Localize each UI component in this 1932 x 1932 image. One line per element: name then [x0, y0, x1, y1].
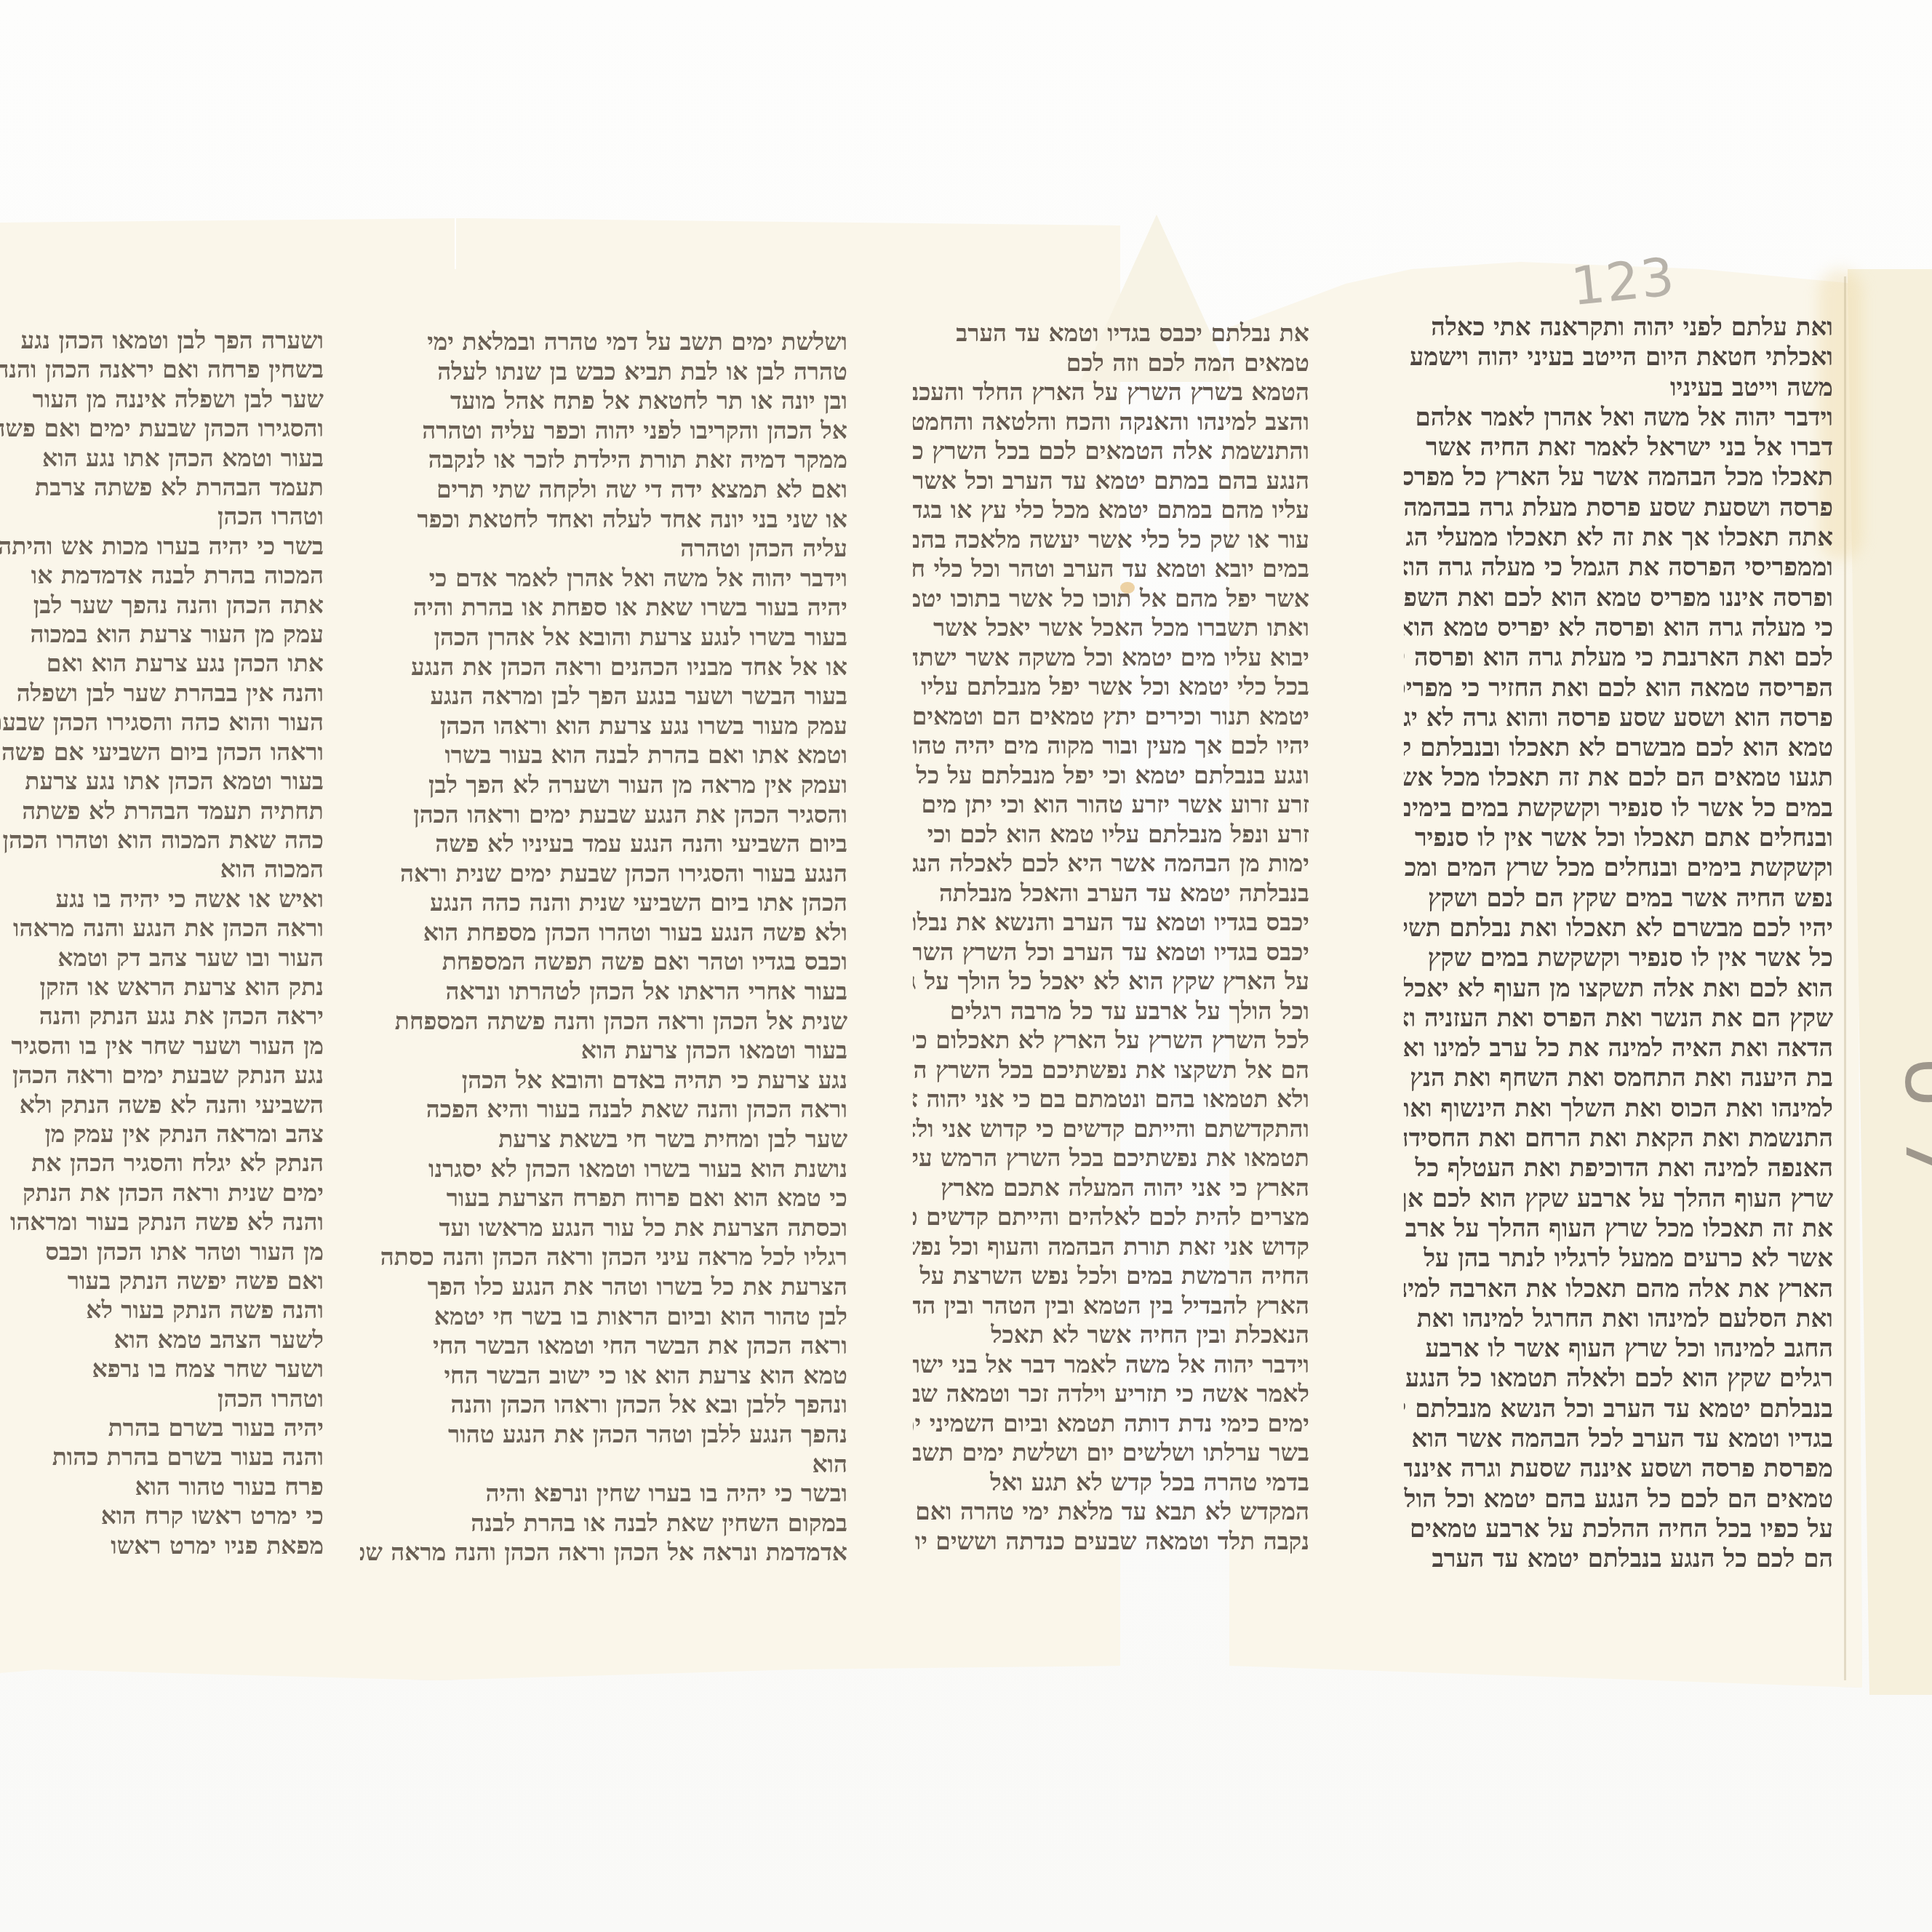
scroll-column-3: את נבלתם יכבס בגדיו וטמא עד הערבטמאים המ… [913, 319, 1309, 1556]
scroll-text-line: עור או שק כל כלי אשר יעשה מלאכה בהם [913, 525, 1309, 555]
scroll-text-line: בעור וטמא הכהן אתו נגע הוא [0, 444, 324, 473]
vertical-crease [1844, 276, 1846, 1680]
scroll-text-line: לאמר אשה כי תזריע וילדה זכר וטמאה שבעת [913, 1379, 1309, 1409]
scroll-text-line: ואת עלתם לפני יהוה ותקראנה אתי כאלה [1404, 313, 1833, 343]
scroll-text-line: זרע ונפל מנבלתם עליו טמא הוא לכם וכי [913, 820, 1309, 850]
scroll-text-line: הכהן אתו ביום השביעי שנית והנה כהה הנגע [360, 888, 847, 918]
scroll-text-line: הנגע בעור והסגירו הכהן שבעת ימים שנית ור… [360, 859, 847, 889]
scroll-text-line: בנבלתם יטמא עד הערב וכל הנשא מנבלתם יכבס [1404, 1394, 1833, 1424]
scroll-text-line: ושער שחר צמח בו נרפא [0, 1354, 324, 1384]
scroll-text-line: מפאת פניו ימרט ראשו [0, 1531, 324, 1560]
scroll-text-line: החגב למינהו וכל שרץ העוף אשר לו ארבע [1404, 1334, 1833, 1364]
scroll-text-line: הארץ את אלה מהם תאכלו את הארבה למינו [1404, 1274, 1833, 1304]
pencil-folio-number: 123 [1568, 246, 1678, 318]
scroll-text-line: בדמי טהרה בכל קדש לא תגע ואל [913, 1468, 1309, 1498]
scroll-text-line: יהיה בעור בשרם בהרת [0, 1413, 324, 1442]
scroll-text-line: וידבר יהוה אל משה לאמר דבר אל בני ישראל [913, 1350, 1309, 1380]
scroll-text-line: נגע הנתק שבעת ימים וראה הכהן [0, 1061, 324, 1090]
scroll-column-4: ואת עלתם לפני יהוה ותקראנה אתי כאלהואכלת… [1404, 313, 1833, 1574]
scroll-text-line: שנית אל הכהן וראה הכהן והנה פשתה המספחת [360, 1007, 847, 1037]
scroll-text-line: התנשמת ואת הקאת ואת הרחם ואת החסידה [1404, 1124, 1833, 1154]
scroll-text-line: וכסתה הצרעת את כל עור הנגע מראשו ועד [360, 1213, 847, 1243]
scroll-text-line: המקדש לא תבא עד מלאת ימי טהרה ואם [913, 1497, 1309, 1527]
scroll-text-line: ואיש או אשה כי יהיה בו נגע [0, 885, 324, 914]
scroll-text-line: כי ימרט ראשו קרח הוא [0, 1501, 324, 1530]
scroll-text-line: תעמד הבהרת לא פשתה צרבת [0, 473, 324, 502]
scroll-text-line: ונגע בנבלתם יטמא וכי יפל מנבלתם על כל [913, 761, 1309, 791]
scroll-text-line: וכבס בגדיו וטהר ואם פשה תפשה המספחת [360, 947, 847, 977]
scroll-text-line: והתנשמת אלה הטמאים לכם בכל השרץ כל [913, 436, 1309, 466]
scroll-text-line: הנאכלת ובין החיה אשר לא תאכל [913, 1320, 1309, 1350]
scroll-text-line: במקום השחין שאת לבנה או בהרת לבנה [360, 1509, 847, 1538]
scroll-text-line: ביום השביעי והנה הנגע עמד בעיניו לא פשה [360, 829, 847, 859]
scroll-text-line: בעור וטמא הכהן אתו נגע צרעת [0, 767, 324, 796]
scroll-text-line: ושערה הפך לבן וטמאו הכהן נגע [0, 326, 324, 355]
scroll-text-line: העור ובו שער צהב דק וטמא [0, 943, 324, 973]
scroll-text-line: טמאים הם לכם כל הנגע בהם יטמא וכל הולך [1404, 1485, 1833, 1514]
scroll-text-line: שרץ העוף ההלך על ארבע שקץ הוא לכם אך [1404, 1184, 1833, 1214]
scroll-text-line: בגדיו וטמא עד הערב לכל הבהמה אשר הוא [1404, 1424, 1833, 1454]
scroll-text-line: הוא לכם ואת אלה תשקצו מן העוף לא יאכלו [1404, 974, 1833, 1004]
scroll-text-line: וטהרו הכהן [0, 502, 324, 531]
scroll-text-line: רגליו לכל מראה עיני הכהן וראה הכהן והנה … [360, 1242, 847, 1272]
scroll-text-line: האנפה למינה ואת הדוכיפת ואת העטלף כל [1404, 1154, 1833, 1183]
scroll-text-line: פרח בעור טהור הוא [0, 1472, 324, 1501]
scroll-text-line: קדוש אני זאת תורת הבהמה והעוף וכל נפש [913, 1232, 1309, 1262]
scroll-text-line: כי טמא הוא ואם פרוח תפרח הצרעת בעור [360, 1183, 847, 1213]
scroll-text-line: המכוה הוא [0, 855, 324, 884]
scroll-text-line: ופרסה איננו מפריס טמא הוא לכם ואת השפן [1404, 583, 1833, 613]
scroll-text-line: מן העור ושער שחר אין בו והסגיר [0, 1031, 324, 1061]
scroll-text-line: וראה הכהן את הבשר החי וטמאו הבשר החי [360, 1331, 847, 1361]
scroll-text-line: פרסה ושסעת שסע פרסת מעלת גרה בבהמה [1404, 493, 1833, 523]
scroll-text-line: לשער הצהב טמא הוא [0, 1325, 324, 1354]
scroll-text-line: ממקר דמיה זאת תורת הילדת לזכר או לנקבה [360, 445, 847, 475]
scroll-text-line: החיה הרמשת במים ולכל נפש השרצת על [913, 1261, 1309, 1291]
scroll-text-line: תחתיה תעמד הבהרת לא פשתה [0, 797, 324, 826]
scroll-text-line: יכבס בגדיו וטמא עד הערב והנשא את נבלתה [913, 908, 1309, 938]
scroll-text-line: בעור וטמאו הכהן צרעת הוא [360, 1036, 847, 1066]
scroll-column-1: ושערה הפך לבן וטמאו הכהן נגעבשחין פרחה ו… [0, 326, 324, 1560]
scroll-text-line: ונהפך ללבן ובא אל הכהן וראהו הכהן והנה [360, 1390, 847, 1420]
scroll-text-line: והצב למינהו והאנקה והכח והלטאה והחמט [913, 407, 1309, 437]
scroll-text-line: יבוא עליו מים יטמא וכל משקה אשר ישתה [913, 643, 1309, 673]
scroll-text-line: והנה לא פשה הנתק בעור ומראהו [0, 1207, 324, 1237]
scroll-text-line: יכבס בגדיו וטמא עד הערב וכל השרץ השרץ [913, 938, 1309, 967]
scroll-text-line: הנגע בהם במתם יטמא עד הערב וכל אשר יפל [913, 466, 1309, 496]
scroll-text-line: נתק הוא צרעת הראש או הזקן [0, 973, 324, 1002]
scroll-text-line: אל הכהן והקריבו לפני יהוה וכפר עליה וטהר… [360, 416, 847, 446]
scroll-text-line: מצרים להית לכם לאלהים והייתם קדשים כי [913, 1202, 1309, 1232]
scroll-text-line: שקץ הם את הנשר ואת הפרס ואת העזניה ואת [1404, 1004, 1833, 1034]
scroll-text-line: פרסה הוא ושסע שסע פרסה והוא גרה לא יגר [1404, 703, 1833, 733]
scroll-text-line: וכל הולך על ארבע עד כל מרבה רגלים [913, 997, 1309, 1026]
scroll-text-line: במים כל אשר לו סנפיר וקשקשת במים בימים [1404, 794, 1833, 823]
scroll-text-line: וממפריסי הפרסה את הגמל כי מעלה גרה הוא [1404, 553, 1833, 583]
scroll-text-line: טמא הוא לכם מבשרם לא תאכלו ובנבלתם לא [1404, 733, 1833, 763]
scroll-text-line: בכל כלי יטמא וכל אשר יפל מנבלתם עליו [913, 672, 1309, 702]
scroll-text-line: הוא [360, 1450, 847, 1480]
scroll-text-line: צהב ומראה הנתק אין עמק מן [0, 1119, 324, 1149]
scroll-text-line: ובנחלים אתם תאכלו וכל אשר אין לו סנפיר [1404, 823, 1833, 853]
scroll-text-line: בשר ערלתו ושלשים יום ושלשת ימים תשב [913, 1438, 1309, 1468]
scroll-text-line: הם לכם כל הנגע בנבלתם יטמא עד הערב [1404, 1544, 1833, 1574]
scroll-text-line: וראה הכהן את הנגע והנה מראהו [0, 914, 324, 943]
scroll-text-line: נפש החיה אשר במים שקץ הם לכם ושקץ [1404, 884, 1833, 914]
scroll-text-line: אשר יפל מהם אל תוכו כל אשר בתוכו יטמא [913, 584, 1309, 614]
scroll-text-line: בת היענה ואת התחמס ואת השחף ואת הנץ [1404, 1063, 1833, 1093]
scroll-text-line: ימים כימי נדת דותה תטמא וביום השמיני ימו… [913, 1409, 1309, 1439]
scroll-text-line: עמק מן העור צרעת הוא במכוה [0, 620, 324, 649]
scroll-text-line: הדאה ואת האיה למינה את כל ערב למינו ואת [1404, 1034, 1833, 1063]
scroll-text-line: זרע זרוע אשר יזרע טהור הוא וכי יתן מים ע… [913, 790, 1309, 820]
scroll-text-line: בעור הבשר ושער בנגע הפך לבן ומראה הנגע [360, 682, 847, 711]
scroll-text-line: והסגיר הכהן את הנגע שבעת ימים וראהו הכהן [360, 800, 847, 830]
scroll-text-line: טהרה לבן או לבת תביא כבש בן שנתו לעלה [360, 357, 847, 387]
scroll-text-line: בנבלתה יטמא עד הערב והאכל מנבלתה [913, 879, 1309, 909]
scroll-text-line: לבן טהור הוא וביום הראות בו בשר חי יטמא [360, 1302, 847, 1332]
scroll-text-line: וקשקשת בימים ובנחלים מכל שרץ המים ומכל [1404, 853, 1833, 883]
scroll-text-line: למינהו ואת הכוס ואת השלך ואת הינשוף ואת [1404, 1094, 1833, 1124]
pencil-margin-mark: ל ס [1888, 1055, 1932, 1178]
scroll-text-line: ובן יונה או תר לחטאת אל פתח אהל מועד [360, 386, 847, 416]
scroll-text-line: העור והוא כהה והסגירו הכהן שבעת [0, 708, 324, 737]
scroll-text-line: נהפך הנגע ללבן וטהר הכהן את הנגע טהור [360, 1420, 847, 1450]
scroll-text-line: תאכלו מכל הבהמה אשר על הארץ כל מפרסת [1404, 463, 1833, 492]
scroll-text-line: אתה הכהן והנה נהפך שער לבן [0, 591, 324, 620]
scroll-text-line: אדמדמת ונראה אל הכהן וראה הכהן והנה מראה… [360, 1538, 847, 1568]
scroll-text-line: ולא פשה הנגע בעור וטהרו הכהן מספחת הוא [360, 918, 847, 948]
scroll-text-line: או אל אחד מבניו הכהנים וראה הכהן את הנגע [360, 652, 847, 682]
scroll-text-line: ואת הסלעם למינהו ואת החרגל למינהו ואת [1404, 1304, 1833, 1334]
scroll-text-line: ושלשת ימים תשב על דמי טהרה ובמלאת ימי [360, 327, 847, 357]
scroll-text-line: שער לבן ושפלה איננה מן העור [0, 385, 324, 414]
scroll-text-line: והנה אין בבהרת שער לבן ושפלה [0, 679, 324, 708]
scroll-text-line: הארץ כי אני יהוה המעלה אתכם מארץ [913, 1173, 1309, 1203]
scroll-text-line: וידבר יהוה אל משה ואל אהרן לאמר אלהם [1404, 403, 1833, 433]
scroll-text-line: אתה תאכלו אך את זה לא תאכלו ממעלי הגרה [1404, 523, 1833, 553]
scroll-text-line: והנה בעור בשרם בהרת כהות [0, 1442, 324, 1472]
scroll-text-line: וראהו הכהן ביום השביעי אם פשה [0, 738, 324, 767]
scroll-column-2: ושלשת ימים תשב על דמי טהרה ובמלאת ימיטהר… [360, 327, 847, 1568]
scroll-text-line: לכל השרץ השרץ על הארץ לא תאכלום כי שקץ [913, 1026, 1309, 1055]
scroll-text-line: משה וייטב בעיניו [1404, 373, 1833, 403]
scroll-text-line: עליו מהם במתם יטמא מכל כלי עץ או בגד או [913, 495, 1309, 525]
scroll-text-line: אתו הכהן נגע צרעת הוא ואם [0, 649, 324, 678]
scroll-text-line: נקבה תלד וטמאה שבעים כנדתה וששים יום [913, 1527, 1309, 1557]
scroll-text-line: נושנת הוא בעור בשרו וטמאו הכהן לא יסגרנו [360, 1154, 847, 1184]
scroll-text-line: טמאים המה לכם וזה לכם [913, 348, 1309, 378]
scroll-text-line: וראה הכהן והנה שאת לבנה בעור והיא הפכה [360, 1095, 847, 1125]
scroll-text-line: במים יובא וטמא עד הערב וטהר וכל כלי חרש [913, 554, 1309, 584]
scroll-text-line: בשר כי יהיה בערו מכות אש והיתה [0, 532, 324, 561]
scroll-text-line: יהיה בעור בשרו שאת או ספחת או בהרת והיה [360, 593, 847, 623]
scroll-text-line: ואם פשה יפשה הנתק בעור [0, 1266, 324, 1296]
scroll-text-line: כהה שאת המכוה הוא וטהרו הכהן [0, 826, 324, 855]
scroll-text-line: כל אשר אין לו סנפיר וקשקשת במים שקץ [1404, 943, 1833, 973]
scroll-text-line: ואם לא תמצא ידה די שה ולקחה שתי תרים [360, 475, 847, 505]
scroll-text-line: כי מעלה גרה הוא ופרסה לא יפריס טמא הוא [1404, 613, 1833, 643]
scroll-text-line: יהיו לכם מבשרם לא תאכלו ואת נבלתם תשקצו [1404, 914, 1833, 943]
scroll-text-line: והתקדשתם והייתם קדשים כי קדוש אני ולא [913, 1114, 1309, 1144]
scroll-text-line: תגעו טמאים הם לכם את זה תאכלו מכל אשר [1404, 763, 1833, 793]
scroll-text-line: הצרעת את כל בשרו וטהר את הנגע כלו הפך [360, 1272, 847, 1302]
scroll-text-line: מפרסת פרסה ושסע איננה שסעת וגרה איננה מע… [1404, 1454, 1833, 1484]
scroll-text-line: את זה תאכלו מכל שרץ העוף ההלך על ארבע [1404, 1214, 1833, 1244]
scroll-text-line: את נבלתם יכבס בגדיו וטמא עד הערב [913, 319, 1309, 348]
scroll-text-line: מן העור וטהר אתו הכהן וכבס [0, 1237, 324, 1266]
scroll-text-line: תטמאו את נפשתיכם בכל השרץ הרמש על [913, 1143, 1309, 1173]
scroll-text-line: יהיו לכם אך מעין ובור מקוה מים יהיה טהור [913, 731, 1309, 761]
scroll-text-line: רגלים שקץ הוא לכם ולאלה תטמאו כל הנגע [1404, 1364, 1833, 1394]
scroll-text-line: ועמק אין מראה מן העור ושערה לא הפך לבן [360, 770, 847, 800]
scroll-text-line: לכם ואת הארנבת כי מעלת גרה הוא ופרסה לא [1404, 643, 1833, 673]
scroll-text-line: וטמא אתו ואם בהרת לבנה הוא בעור בשרו [360, 741, 847, 770]
scroll-text-line: הם אל תשקצו את נפשתיכם בכל השרץ השרץ [913, 1055, 1309, 1085]
scroll-text-line: טמא הוא צרעת הוא או כי ישוב הבשר החי [360, 1361, 847, 1391]
scroll-text-line: ולא תטמאו בהם ונטמתם בם כי אני יהוה אלהי… [913, 1085, 1309, 1114]
scroll-text-line: על כפיו בכל החיה ההלכת על ארבע טמאים [1404, 1514, 1833, 1544]
scroll-text-line: אשר לא כרעים ממעל לרגליו לנתר בהן על [1404, 1244, 1833, 1274]
scroll-text-line: הפריסה טמאה הוא לכם ואת החזיר כי מפריס [1404, 674, 1833, 703]
scroll-text-line: השביעי והנה לא פשה הנתק ולא [0, 1090, 324, 1119]
scroll-text-line: וידבר יהוה אל משה ואל אהרן לאמר אדם כי [360, 564, 847, 594]
scroll-text-line: דברו אל בני ישראל לאמר זאת החיה אשר [1404, 433, 1833, 463]
scroll-text-line: הארץ להבדיל בין הטמא ובין הטהר ובין החיה [913, 1291, 1309, 1321]
scroll-text-line: הנתק לא יגלח והסגיר הכהן את [0, 1149, 324, 1178]
scroll-text-line: יטמא תנור וכירים יתץ טמאים הם וטמאים [913, 702, 1309, 732]
top-tear-crease [455, 218, 456, 269]
scroll-text-line: ובשר כי יהיה בו בערו שחין ונרפא והיה [360, 1479, 847, 1509]
scroll-text-line: ואתו תשברו מכל האכל אשר יאכל אשר [913, 613, 1309, 643]
scroll-text-line: יראה הכהן את נגע הנתק והנה [0, 1002, 324, 1031]
scroll-text-line: ימים שנית וראה הכהן את הנתק [0, 1178, 324, 1207]
scroll-text-line: והנה פשה הנתק בעור לא [0, 1296, 324, 1325]
scroll-text-line: נגע צרעת כי תהיה באדם והובא אל הכהן [360, 1066, 847, 1095]
scroll-text-line: ואכלתי חטאת היום הייטב בעיני יהוה וישמע [1404, 343, 1833, 372]
scroll-text-line: שער לבן ומחית בשר חי בשאת צרעת [360, 1125, 847, 1154]
scroll-text-line: על הארץ שקץ הוא לא יאכל כל הולך על גחון [913, 967, 1309, 997]
scroll-text-line: בעור בשרו לנגע צרעת והובא אל אהרן הכהן [360, 623, 847, 652]
scroll-text-line: המכוה בהרת לבנה אדמדמת או [0, 561, 324, 590]
scroll-text-line: ימות מן הבהמה אשר היא לכם לאכלה הנגע [913, 849, 1309, 879]
scroll-text-line: הטמא בשרץ השרץ על הארץ החלד והעכבר [913, 378, 1309, 407]
scroll-text-line: וטהרו הכהן [0, 1384, 324, 1413]
scroll-text-line: בעור אחרי הראתו אל הכהן לטהרתו ונראה [360, 977, 847, 1007]
scroll-text-line: או שני בני יונה אחד לעלה ואחד לחטאת וכפר [360, 505, 847, 535]
scroll-text-line: והסגירו הכהן שבעת ימים ואם פשה [0, 414, 324, 443]
scroll-text-line: עמק מעור בשרו נגע צרעת הוא וראהו הכהן [360, 711, 847, 741]
scroll-text-line: עליה הכהן וטהרה [360, 534, 847, 564]
scroll-text-line: בשחין פרחה ואם יראנה הכהן והנה [0, 355, 324, 384]
